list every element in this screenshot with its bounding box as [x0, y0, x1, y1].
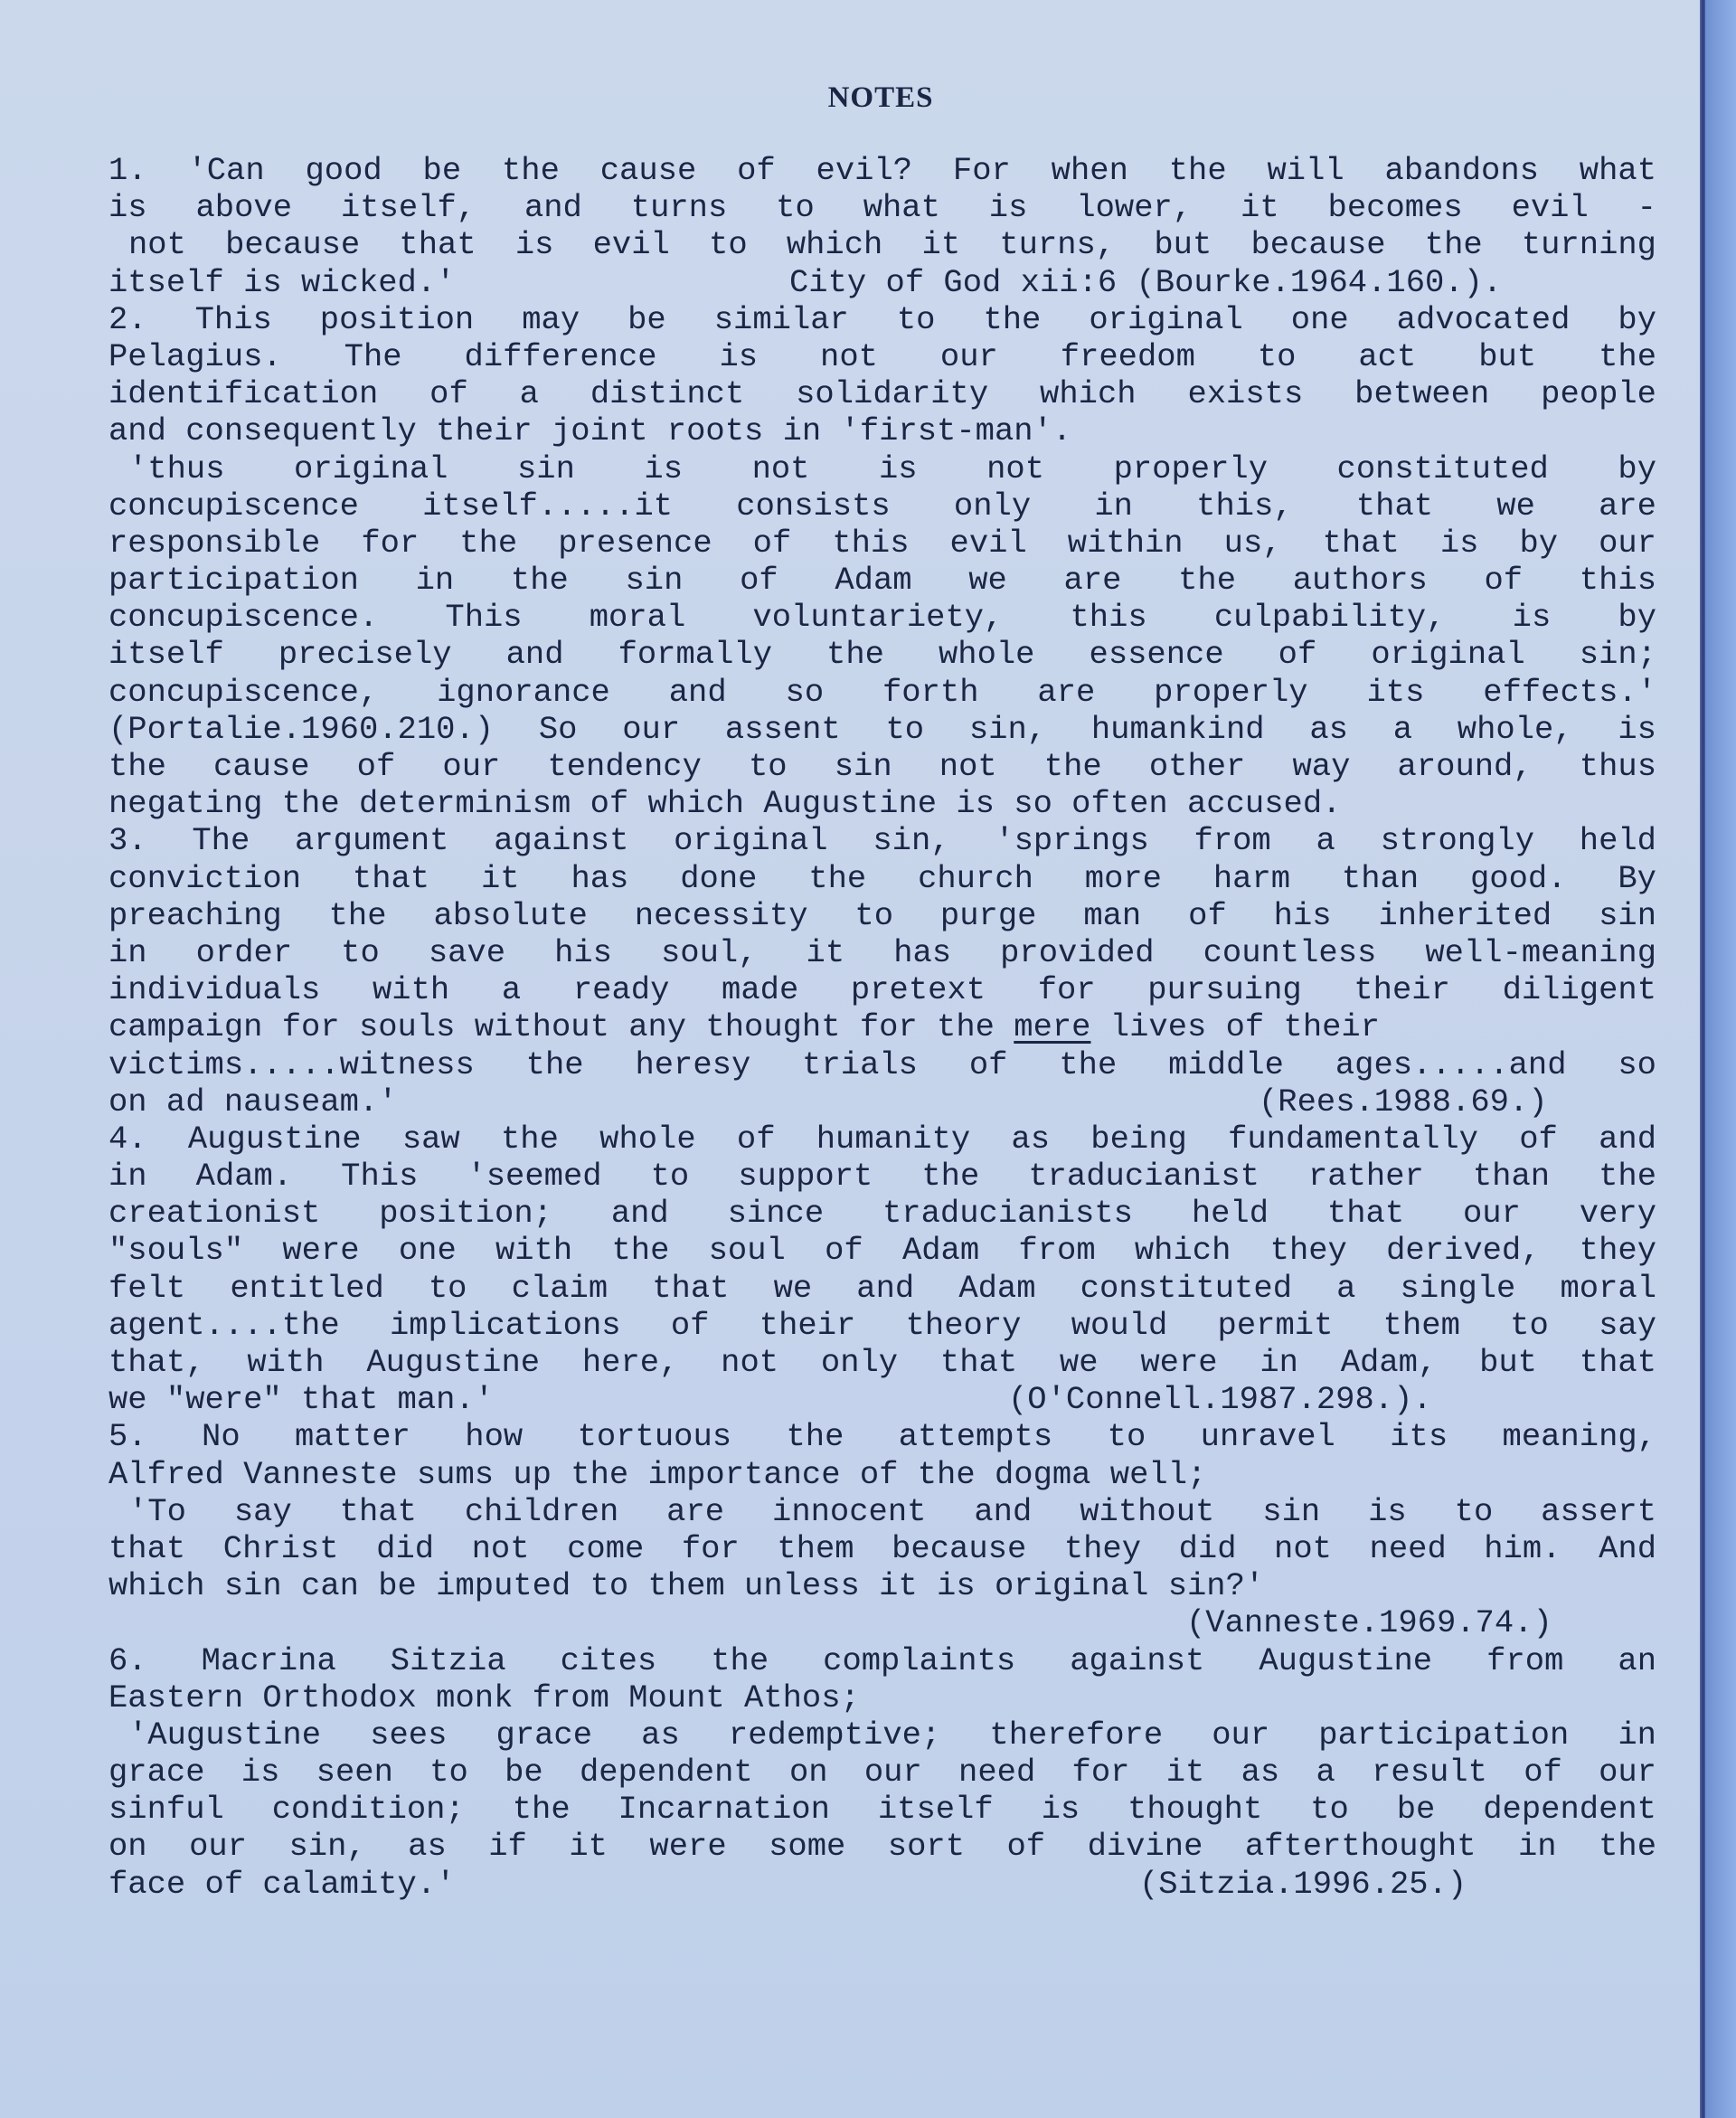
text-line: 5. No matter how tortuous the attempts t…: [108, 1418, 1656, 1455]
note-3: 3. The argument against original sin, 's…: [108, 822, 1656, 1120]
text-line: on our sin, as if it were some sort of d…: [108, 1828, 1656, 1865]
text-line: that, with Augustine here, not only that…: [108, 1344, 1656, 1381]
text-line-with-citation: we "were" that man.' (O'Connell.1987.298…: [108, 1381, 1656, 1418]
text-line: 3. The argument against original sin, 's…: [108, 822, 1656, 859]
text-line: concupiscence itself.....it consists onl…: [108, 487, 1656, 525]
text-line: sinful condition; the Incarnation itself…: [108, 1791, 1656, 1828]
text-line: 6. Macrina Sitzia cites the complaints a…: [108, 1642, 1656, 1679]
note-5: 5. No matter how tortuous the attempts t…: [108, 1418, 1656, 1641]
text-line: concupiscence. This moral voluntariety, …: [108, 599, 1656, 636]
text-line: 4. Augustine saw the whole of humanity a…: [108, 1120, 1656, 1158]
text-line: participation in the sin of Adam we are …: [108, 562, 1656, 599]
text-line: (Portalie.1960.210.) So our assent to si…: [108, 711, 1656, 748]
text-line: we "were" that man.': [108, 1381, 494, 1418]
text-line: 'To say that children are innocent and w…: [108, 1493, 1656, 1530]
text-line: conviction that it has done the church m…: [108, 860, 1656, 897]
citation: (Sitzia.1996.25.): [1139, 1866, 1467, 1903]
text-line: face of calamity.': [108, 1866, 455, 1903]
text-line: responsible for the presence of this evi…: [108, 525, 1656, 562]
background-surface: [1705, 0, 1736, 2118]
text-line: 'thus original sin is not is not properl…: [108, 450, 1656, 487]
text-line: 1. 'Can good be the cause of evil? For w…: [108, 152, 1656, 189]
text-line: concupiscence, ignorance and so forth ar…: [108, 674, 1656, 711]
text-line: felt entitled to claim that we and Adam …: [108, 1270, 1656, 1307]
text-line: itself precisely and formally the whole …: [108, 636, 1656, 673]
text-line: Pelagius. The difference is not our free…: [108, 338, 1656, 375]
text-line: negating the determinism of which August…: [108, 785, 1656, 822]
text-line: not because that is evil to which it tur…: [108, 226, 1656, 263]
text-line: Eastern Orthodox monk from Mount Athos;: [108, 1679, 1656, 1716]
underlined-word: mere: [1014, 1008, 1090, 1045]
text-line: itself is wicked.': [108, 264, 455, 301]
note-1: 1. 'Can good be the cause of evil? For w…: [108, 152, 1656, 301]
text-line: creationist position; and since traducia…: [108, 1195, 1656, 1232]
text-line: in Adam. This 'seemed to support the tra…: [108, 1158, 1656, 1195]
notes-body: 1. 'Can good be the cause of evil? For w…: [108, 152, 1656, 1903]
text-line: agent....the implications of their theor…: [108, 1307, 1656, 1344]
note-4: 4. Augustine saw the whole of humanity a…: [108, 1120, 1656, 1419]
text-line: 'Augustine sees grace as redemptive; the…: [108, 1716, 1656, 1754]
text-line: and consequently their joint roots in 'f…: [108, 412, 1656, 449]
text-line: is above itself, and turns to what is lo…: [108, 189, 1656, 226]
text-line: preaching the absolute necessity to purg…: [108, 897, 1656, 934]
text-line: identification of a distinct solidarity …: [108, 375, 1656, 412]
citation-line: (Vanneste.1969.74.): [108, 1604, 1656, 1641]
text-line: on ad nauseam.': [108, 1083, 398, 1120]
citation: (Rees.1988.69.): [1259, 1083, 1548, 1120]
text-line: "souls" were one with the soul of Adam f…: [108, 1232, 1656, 1269]
text-line-underlined: campaign for souls without any thought f…: [108, 1008, 1656, 1045]
text-line: Alfred Vanneste sums up the importance o…: [108, 1456, 1656, 1493]
citation: City of God xii:6 (Bourke.1964.160.).: [789, 264, 1502, 301]
text-line-with-citation: itself is wicked.' City of God xii:6 (Bo…: [108, 264, 1656, 301]
page-title: NOTES: [0, 81, 1736, 115]
text-line: grace is seen to be dependent on our nee…: [108, 1754, 1656, 1791]
text-line: 2. This position may be similar to the o…: [108, 301, 1656, 338]
text-line-with-citation: face of calamity.' (Sitzia.1996.25.): [108, 1866, 1656, 1903]
text-line: which sin can be imputed to them unless …: [108, 1567, 1656, 1604]
citation: (Vanneste.1969.74.): [1186, 1604, 1552, 1641]
text-line: in order to save his soul, it has provid…: [108, 934, 1656, 971]
note-2: 2. This position may be similar to the o…: [108, 301, 1656, 823]
text-line: victims.....witness the heresy trials of…: [108, 1046, 1656, 1083]
citation: (O'Connell.1987.298.).: [1008, 1381, 1432, 1418]
text-line: the cause of our tendency to sin not the…: [108, 748, 1656, 785]
text-line: that Christ did not come for them becaus…: [108, 1530, 1656, 1567]
text-line: individuals with a ready made pretext fo…: [108, 971, 1656, 1008]
note-6: 6. Macrina Sitzia cites the complaints a…: [108, 1642, 1656, 1903]
text-line-with-citation: on ad nauseam.' (Rees.1988.69.): [108, 1083, 1656, 1120]
